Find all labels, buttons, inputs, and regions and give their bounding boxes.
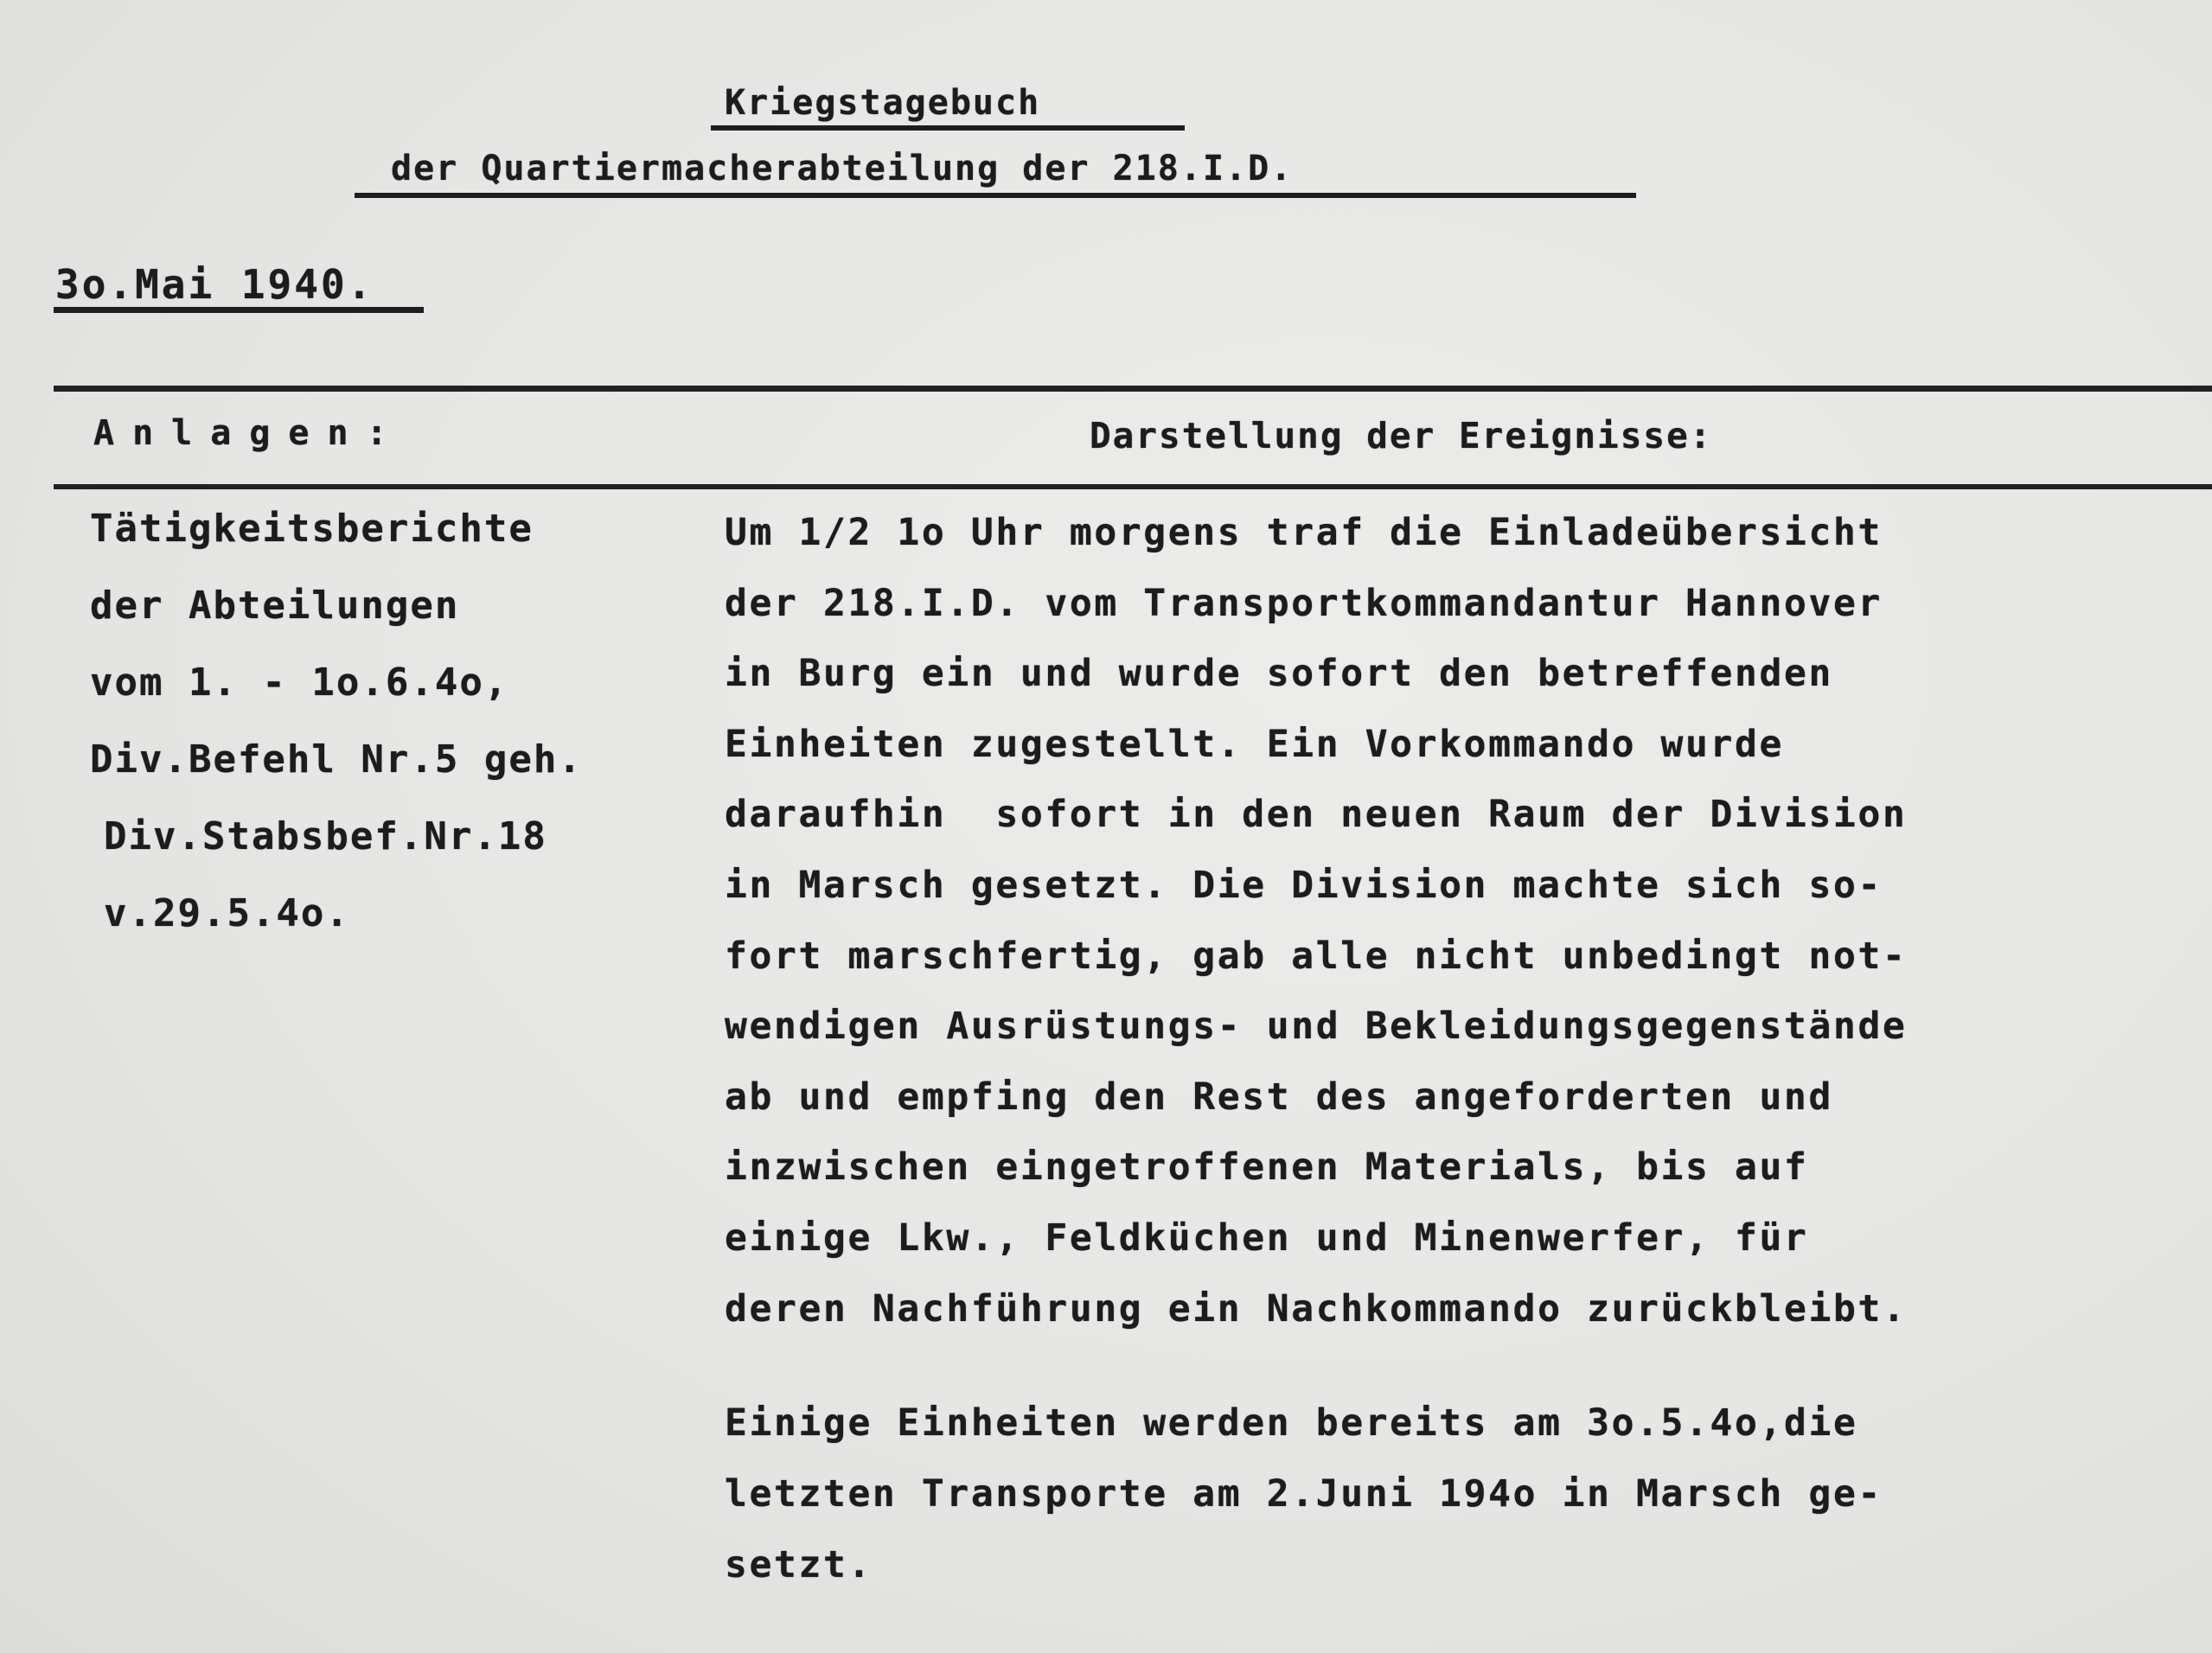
event-line: Um 1/2 1o Uhr morgens traf die Einladeüb… — [725, 508, 1907, 579]
document-title: Kriegstagebuch — [725, 83, 1040, 123]
event-line: wendigen Ausrüstungs- und Bekleidungsgeg… — [725, 1002, 1907, 1073]
events-paragraph-2: Einige Einheiten werden bereits am 3o.5.… — [725, 1399, 1883, 1612]
events-paragraph-1: Um 1/2 1o Uhr morgens traf die Einladeüb… — [725, 508, 1907, 1355]
date-underline — [54, 307, 424, 313]
column-header-attachments: Anlagen: — [93, 413, 406, 453]
title-underline — [711, 125, 1185, 131]
event-line: in Marsch gesetzt. Die Division machte s… — [725, 861, 1907, 932]
event-line: setzt. — [725, 1541, 1883, 1612]
entry-date: 3o.Mai 1940. — [55, 261, 374, 308]
table-top-rule — [54, 386, 2212, 392]
attachments-column: Tätigkeitsberichte der Abteilungen vom 1… — [90, 505, 583, 967]
event-line: Einige Einheiten werden bereits am 3o.5.… — [725, 1399, 1883, 1470]
attachment-line: Div.Stabsbef.Nr.18 — [90, 813, 583, 890]
event-line: letzten Transporte am 2.Juni 194o in Mar… — [725, 1470, 1883, 1541]
attachment-line: v.29.5.4o. — [90, 890, 583, 967]
attachment-line: Div.Befehl Nr.5 geh. — [90, 736, 583, 813]
event-line: der 218.I.D. vom Transportkommandantur H… — [725, 579, 1907, 650]
table-header-rule — [54, 484, 2212, 489]
event-line: deren Nachführung ein Nachkommando zurüc… — [725, 1285, 1907, 1356]
event-line: fort marschfertig, gab alle nicht unbedi… — [725, 932, 1907, 1003]
column-header-events: Darstellung der Ereignisse: — [1090, 415, 1712, 456]
document-subtitle: der Quartiermacherabteilung der 218.I.D. — [391, 149, 1293, 188]
event-line: Einheiten zugestellt. Ein Vorkommando wu… — [725, 720, 1907, 791]
event-line: einige Lkw., Feldküchen und Minenwerfer,… — [725, 1214, 1907, 1285]
event-line: in Burg ein und wurde sofort den betreff… — [725, 649, 1907, 720]
attachment-line: vom 1. - 1o.6.4o, — [90, 659, 583, 736]
subtitle-underline — [355, 193, 1636, 198]
event-line: ab und empfing den Rest des angeforderte… — [725, 1073, 1907, 1144]
attachment-line: der Abteilungen — [90, 582, 583, 659]
event-line: daraufhin sofort in den neuen Raum der D… — [725, 790, 1907, 861]
event-line: inzwischen eingetroffenen Materials, bis… — [725, 1143, 1907, 1214]
attachment-line: Tätigkeitsberichte — [90, 505, 583, 582]
